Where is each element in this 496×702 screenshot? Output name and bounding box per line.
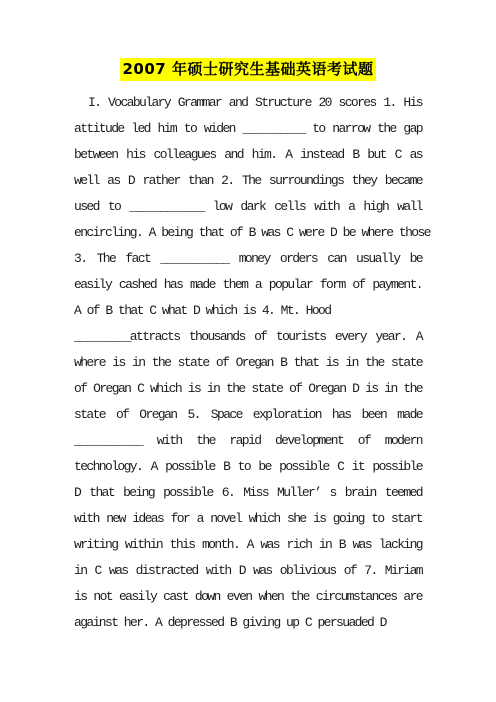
text-line: D that being possible 6. Miss Muller’ s … (74, 480, 422, 506)
text-line: encircling. A being that of B was C were… (74, 220, 422, 246)
text-line: ___________ with the rapid development o… (74, 428, 422, 454)
text-line: used to ____________ low dark cells with… (74, 194, 422, 220)
text-line: well as D rather than 2. The surrounding… (74, 168, 422, 194)
text-line: of Oregan C which is in the state of Ore… (74, 376, 422, 402)
text-line: state of Oregan 5. Space exploration has… (74, 402, 422, 428)
text-line: where is in the state of Oregan B that i… (74, 350, 422, 376)
document-body: I. Vocabulary Grammar and Structure 20 s… (74, 90, 422, 636)
document-title-highlighted: 2007 年硕士研究生基础英语考试题 (120, 58, 377, 81)
text-line: writing within this month. A was rich in… (74, 532, 422, 558)
text-line: against her. A depressed B giving up C p… (74, 610, 422, 636)
text-line: attitude led him to widen __________ to … (74, 116, 422, 142)
text-line: A of B that C what D which is 4. Mt. Hoo… (74, 298, 422, 324)
document-page: 2007 年硕士研究生基础英语考试题 I. Vocabulary Grammar… (0, 0, 496, 702)
text-line: with new ideas for a novel which she is … (74, 506, 422, 532)
text-line: I. Vocabulary Grammar and Structure 20 s… (74, 90, 422, 116)
text-line: 3. The fact ___________ money orders can… (74, 246, 422, 272)
document-title-row: 2007 年硕士研究生基础英语考试题 (0, 58, 496, 81)
text-line: technology. A possible B to be possible … (74, 454, 422, 480)
text-line: is not easily cast down even when the ci… (74, 584, 422, 610)
text-line: in C was distracted with D was oblivious… (74, 558, 422, 584)
text-line: _________attracts thousands of tourists … (74, 324, 422, 350)
text-line: easily cashed has made them a popular fo… (74, 272, 422, 298)
text-line: between his colleagues and him. A instea… (74, 142, 422, 168)
